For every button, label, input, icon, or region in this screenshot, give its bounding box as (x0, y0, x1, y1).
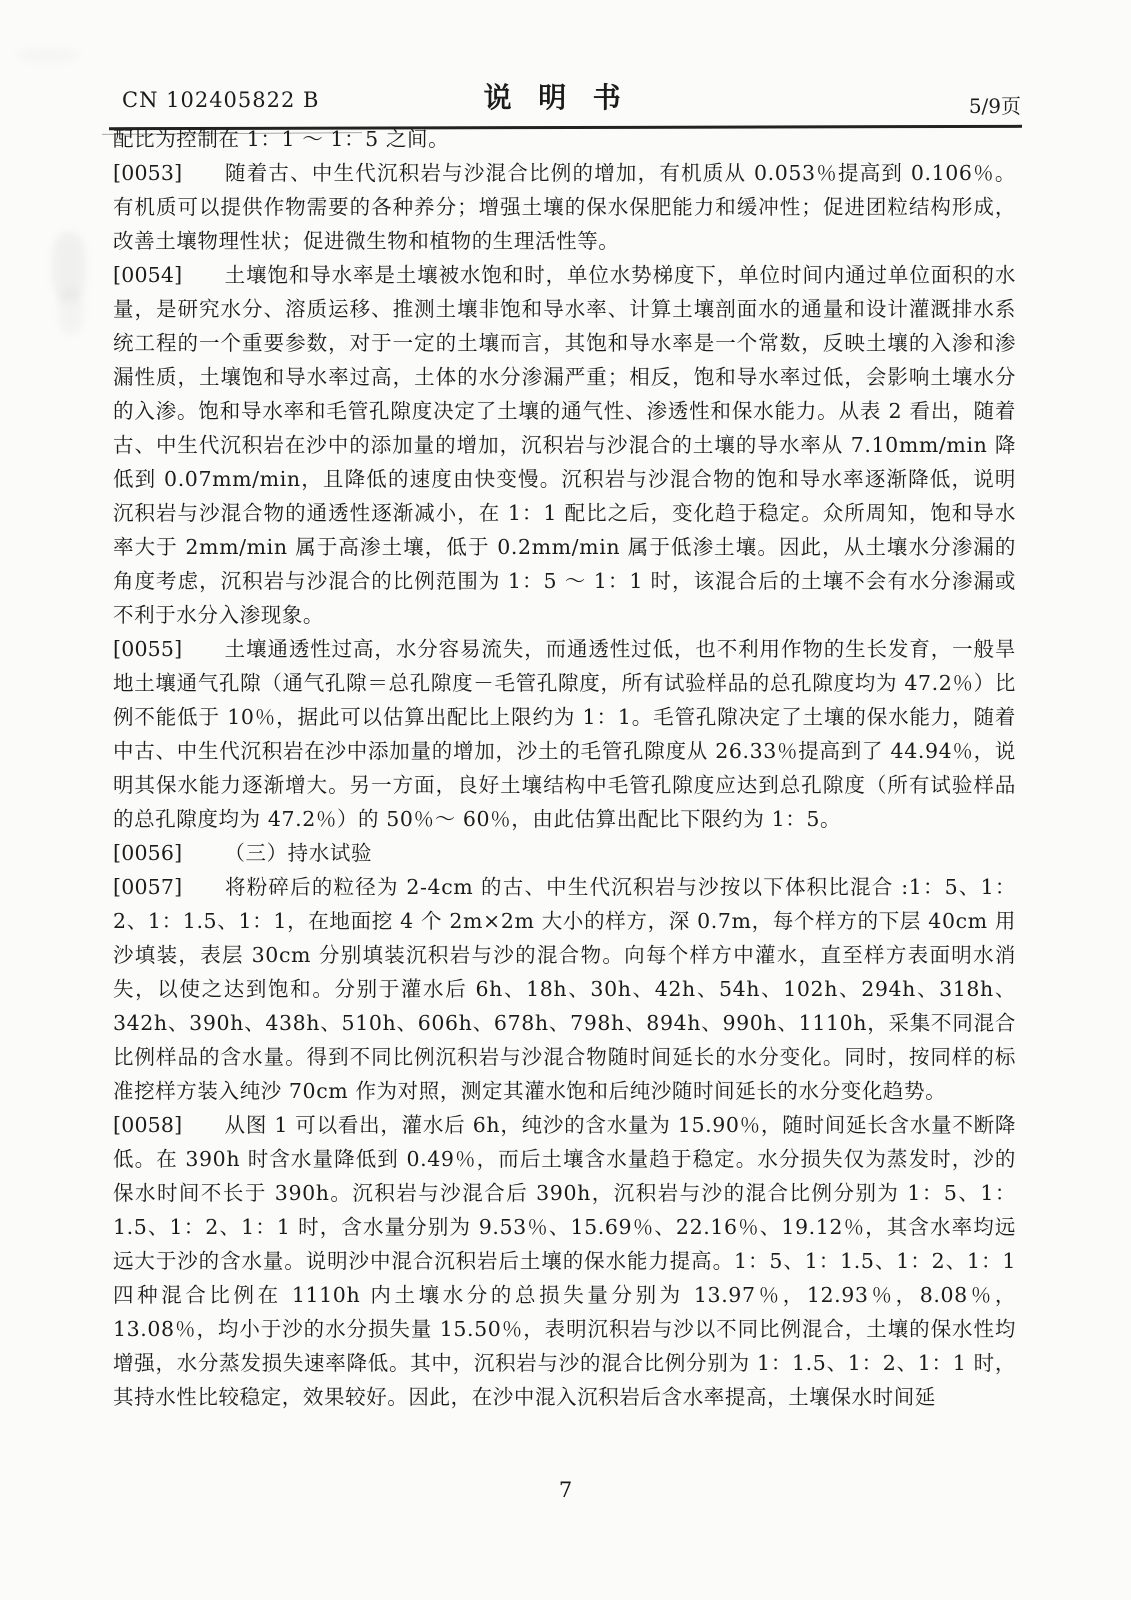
patent-page: CN 102405822 B 说明书 5/9页 配比为控制在 1：1 ～ 1：5… (0, 0, 1131, 1600)
paragraph-tag: [0057] (113, 870, 182, 904)
paragraph-tag: [0053] (113, 156, 182, 190)
paragraph-text: （三）持水试验 (224, 841, 372, 865)
specification-body: 配比为控制在 1：1 ～ 1：5 之间。 [0053]随着古、中生代沉积岩与沙混… (113, 122, 1016, 1414)
paragraph-0053: [0053]随着古、中生代沉积岩与沙混合比例的增加，有机质从 0.053％提高到… (113, 156, 1016, 258)
footer-page-number: 7 (0, 1478, 1131, 1502)
page-indicator: 5/9页 (969, 90, 1021, 119)
paragraph-text: 将粉碎后的粒径为 2-4cm 的古、中生代沉积岩与沙按以下体积比混合 :1：5、… (113, 875, 1016, 1103)
paragraph-text: 配比为控制在 1：1 ～ 1：5 之间。 (113, 127, 449, 151)
paragraph-tag: [0054] (113, 258, 182, 292)
scan-artifact (58, 288, 84, 334)
paragraph-text: 土壤通透性过高，水分容易流失，而通透性过低，也不利用作物的生长发育，一般旱地土壤… (113, 637, 1016, 831)
paragraph-text: 土壤饱和导水率是土壤被水饱和时，单位水势梯度下，单位时间内通过单位面积的水量，是… (113, 263, 1016, 627)
document-title: 说明书 (0, 76, 1131, 116)
paragraph-0058: [0058]从图 1 可以看出，灌水后 6h，纯沙的含水量为 15.90％，随时… (113, 1108, 1016, 1414)
paragraph-tag: [0055] (113, 632, 182, 666)
paragraph-tag: [0058] (113, 1108, 182, 1142)
paragraph-0056: [0056]（三）持水试验 (113, 836, 1016, 870)
paragraph-0054: [0054]土壤饱和导水率是土壤被水饱和时，单位水势梯度下，单位时间内通过单位面… (113, 258, 1016, 632)
scan-artifact (52, 232, 86, 302)
paragraph-continuation: 配比为控制在 1：1 ～ 1：5 之间。 (113, 122, 1016, 156)
paragraph-text: 随着古、中生代沉积岩与沙混合比例的增加，有机质从 0.053％提高到 0.106… (113, 161, 1016, 253)
paragraph-text: 从图 1 可以看出，灌水后 6h，纯沙的含水量为 15.90％，随时间延长含水量… (113, 1113, 1016, 1409)
paragraph-tag: [0056] (113, 836, 182, 870)
paragraph-0055: [0055]土壤通透性过高，水分容易流失，而通透性过低，也不利用作物的生长发育，… (113, 632, 1016, 836)
scan-artifact (18, 48, 78, 62)
paragraph-0057: [0057]将粉碎后的粒径为 2-4cm 的古、中生代沉积岩与沙按以下体积比混合… (113, 870, 1016, 1108)
